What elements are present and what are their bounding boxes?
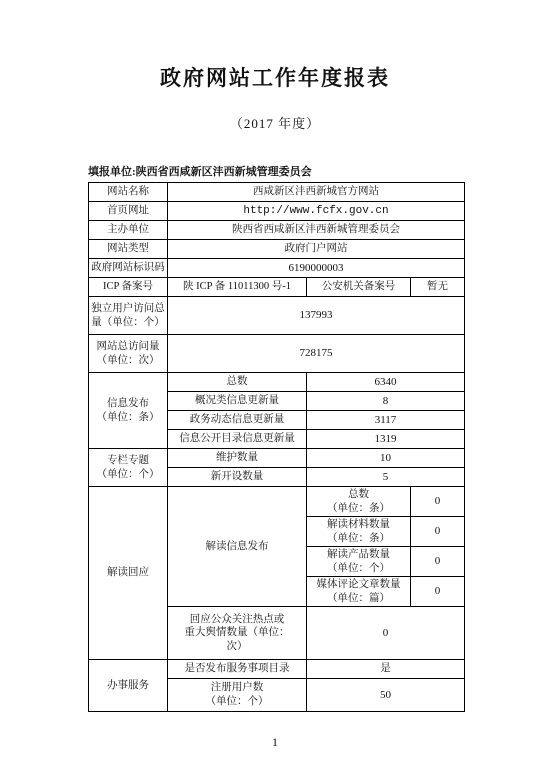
- page-subtitle: （2017 年度）: [0, 113, 550, 132]
- reporting-unit-line: 填报单位:陕西省西咸新区沣西新城管理委员会: [88, 163, 550, 179]
- total-visits-label: 网站总访问量 （单位：次）: [89, 335, 168, 373]
- service-group-label: 办事服务: [89, 660, 168, 712]
- interpretation-products-label: 解读产品数量 （单位：个）: [307, 547, 411, 577]
- table-row: 首页网址http://www.fcfx.gov.cn: [89, 202, 465, 221]
- sponsor-unit-label: 主办单位: [89, 221, 168, 240]
- media-commentary-label: 媒体评论文章数量 （单位：篇）: [307, 577, 411, 607]
- unique-visitors-value: 137993: [168, 297, 465, 335]
- registered-users-value: 50: [307, 679, 465, 712]
- document-page: 政府网站工作年度报表 （2017 年度） 填报单位:陕西省西咸新区沣西新城管理委…: [0, 0, 550, 778]
- interpretation-materials-label: 解读材料数量 （单位：条）: [307, 517, 411, 547]
- report-table-body: 网站名称西咸新区沣西新城官方网站首页网址http://www.fcfx.gov.…: [89, 183, 465, 712]
- table-row: 网站类型政府门户网站: [89, 240, 465, 259]
- special-columns-group-label: 专栏专题 （单位：个）: [89, 449, 168, 487]
- disclosure-catalog-update-value: 1319: [307, 430, 465, 449]
- website-id-code-label: 政府网站标识码: [89, 259, 168, 278]
- website-type-label: 网站类型: [89, 240, 168, 259]
- homepage-url-label: 首页网址: [89, 202, 168, 221]
- table-row: 网站总访问量 （单位：次）728175: [89, 335, 465, 373]
- info-publish-total-label: 总数: [168, 373, 307, 392]
- interpretation-total-label: 总数 （单位：条）: [307, 487, 411, 517]
- table-row: 信息发布 （单位：条）总数6340: [89, 373, 465, 392]
- overview-info-update-label: 概况类信息更新量: [168, 392, 307, 411]
- table-row: 主办单位陕西省西咸新区沣西新城管理委员会: [89, 221, 465, 240]
- service-directory-label: 是否发布服务事项目录: [168, 660, 307, 679]
- website-name-label: 网站名称: [89, 183, 168, 202]
- interpretation-response-group-label: 解读回应: [89, 487, 168, 660]
- gov-news-update-label: 政务动态信息更新量: [168, 411, 307, 430]
- homepage-url-value: http://www.fcfx.gov.cn: [168, 202, 465, 221]
- table-row: 专栏专题 （单位：个）维护数量10: [89, 449, 465, 468]
- interpretation-total-value: 0: [411, 487, 465, 517]
- security-filing-value: 暂无: [411, 278, 465, 297]
- columns-maintained-value: 10: [307, 449, 465, 468]
- table-row: 办事服务是否发布服务事项目录是: [89, 660, 465, 679]
- website-name-value: 西咸新区沣西新城官方网站: [168, 183, 465, 202]
- interpretation-publish-group-label: 解读信息发布: [168, 487, 307, 607]
- security-filing-label: 公安机关备案号: [307, 278, 411, 297]
- unique-visitors-label: 独立用户访问总 量（单位：个）: [89, 297, 168, 335]
- reporting-unit-label: 填报单位:: [88, 166, 136, 178]
- gov-news-update-value: 3117: [307, 411, 465, 430]
- table-row: ICP 备案号陕 ICP 备 11011300 号-1公安机关备案号暂无: [89, 278, 465, 297]
- sponsor-unit-value: 陕西省西咸新区沣西新城管理委员会: [168, 221, 465, 240]
- service-directory-value: 是: [307, 660, 465, 679]
- table-row: 网站名称西咸新区沣西新城官方网站: [89, 183, 465, 202]
- report-table: 网站名称西咸新区沣西新城官方网站首页网址http://www.fcfx.gov.…: [88, 182, 465, 712]
- hot-response-value: 0: [307, 607, 465, 660]
- hot-response-label: 回应公众关注热点或 重大舆情数量（单位： 次）: [168, 607, 307, 660]
- overview-info-update-value: 8: [307, 392, 465, 411]
- icp-number-label: ICP 备案号: [89, 278, 168, 297]
- media-commentary-value: 0: [411, 577, 465, 607]
- table-row: 解读回应解读信息发布总数 （单位：条）0: [89, 487, 465, 517]
- icp-number-value: 陕 ICP 备 11011300 号-1: [168, 278, 307, 297]
- table-row: 独立用户访问总 量（单位：个）137993: [89, 297, 465, 335]
- page-number: 1: [0, 735, 550, 750]
- total-visits-value: 728175: [168, 335, 465, 373]
- reporting-unit-value: 陕西省西咸新区沣西新城管理委员会: [136, 166, 312, 178]
- interpretation-products-value: 0: [411, 547, 465, 577]
- registered-users-label: 注册用户数 （单位：个）: [168, 679, 307, 712]
- disclosure-catalog-update-label: 信息公开目录信息更新量: [168, 430, 307, 449]
- info-publish-group-label: 信息发布 （单位：条）: [89, 373, 168, 449]
- columns-new-value: 5: [307, 468, 465, 487]
- interpretation-materials-value: 0: [411, 517, 465, 547]
- website-type-value: 政府门户网站: [168, 240, 465, 259]
- columns-maintained-label: 维护数量: [168, 449, 307, 468]
- columns-new-label: 新开设数量: [168, 468, 307, 487]
- website-id-code-value: 6190000003: [168, 259, 465, 278]
- page-title: 政府网站工作年度报表: [0, 0, 550, 92]
- table-row: 政府网站标识码6190000003: [89, 259, 465, 278]
- info-publish-total-value: 6340: [307, 373, 465, 392]
